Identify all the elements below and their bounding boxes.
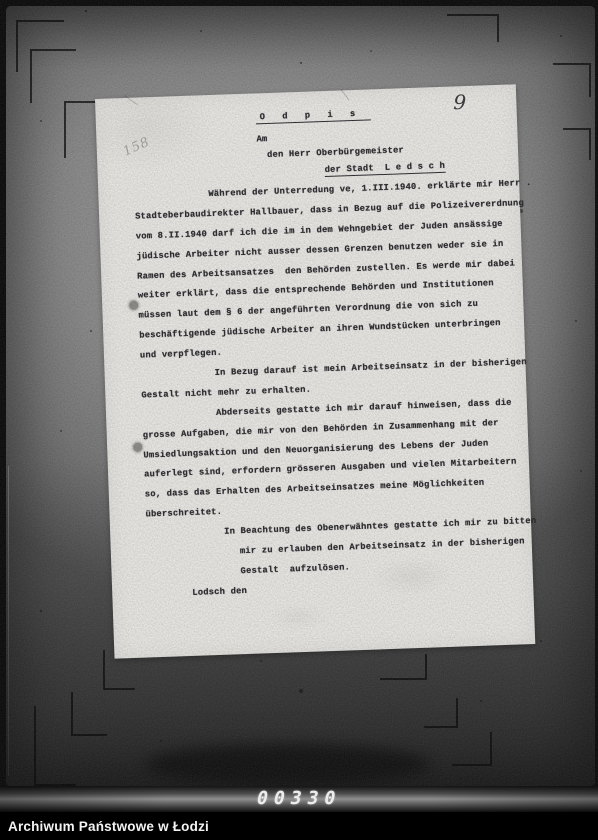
dust-specks <box>6 6 8 8</box>
letter-body: Während der Unterredung ve, 1.III.1940. … <box>134 174 533 605</box>
corner-mark <box>380 654 427 680</box>
corner-mark <box>34 706 76 786</box>
document-paper: 9 158 O d p i s Am den Herr Oberbürgemei… <box>95 84 535 658</box>
archive-bar: Archiwum Państwowe w Łodzi <box>0 812 598 840</box>
punch-hole <box>133 443 142 452</box>
frame-counter: 00330 <box>0 788 598 809</box>
handwritten-margin-number: 158 <box>121 135 153 160</box>
microfilm-frame: 9 158 O d p i s Am den Herr Oberbürgemei… <box>0 0 598 840</box>
address-line-mayor: den Herr Oberbürgemeister <box>267 145 404 160</box>
corner-mark <box>452 732 492 766</box>
handwritten-page-number: 9 <box>453 90 467 114</box>
address-line-to: Am <box>256 134 267 144</box>
smudge-stain <box>145 744 430 786</box>
corner-mark <box>563 128 591 160</box>
paper-crease <box>340 89 349 101</box>
corner-mark <box>447 14 499 42</box>
corner-mark <box>30 49 76 103</box>
corner-mark <box>16 20 64 72</box>
corner-mark <box>71 692 107 736</box>
copy-heading: O d p i s <box>256 108 371 124</box>
frame-counter-strip: 00330 <box>0 786 598 812</box>
film-scratch <box>8 466 9 776</box>
punch-hole <box>129 301 138 310</box>
address-line-city: der Stadt L e d s c h <box>324 161 445 177</box>
archive-label: Archiwum Państwowe w Łodzi <box>0 819 209 834</box>
corner-mark <box>553 63 591 97</box>
corner-mark <box>424 698 458 728</box>
